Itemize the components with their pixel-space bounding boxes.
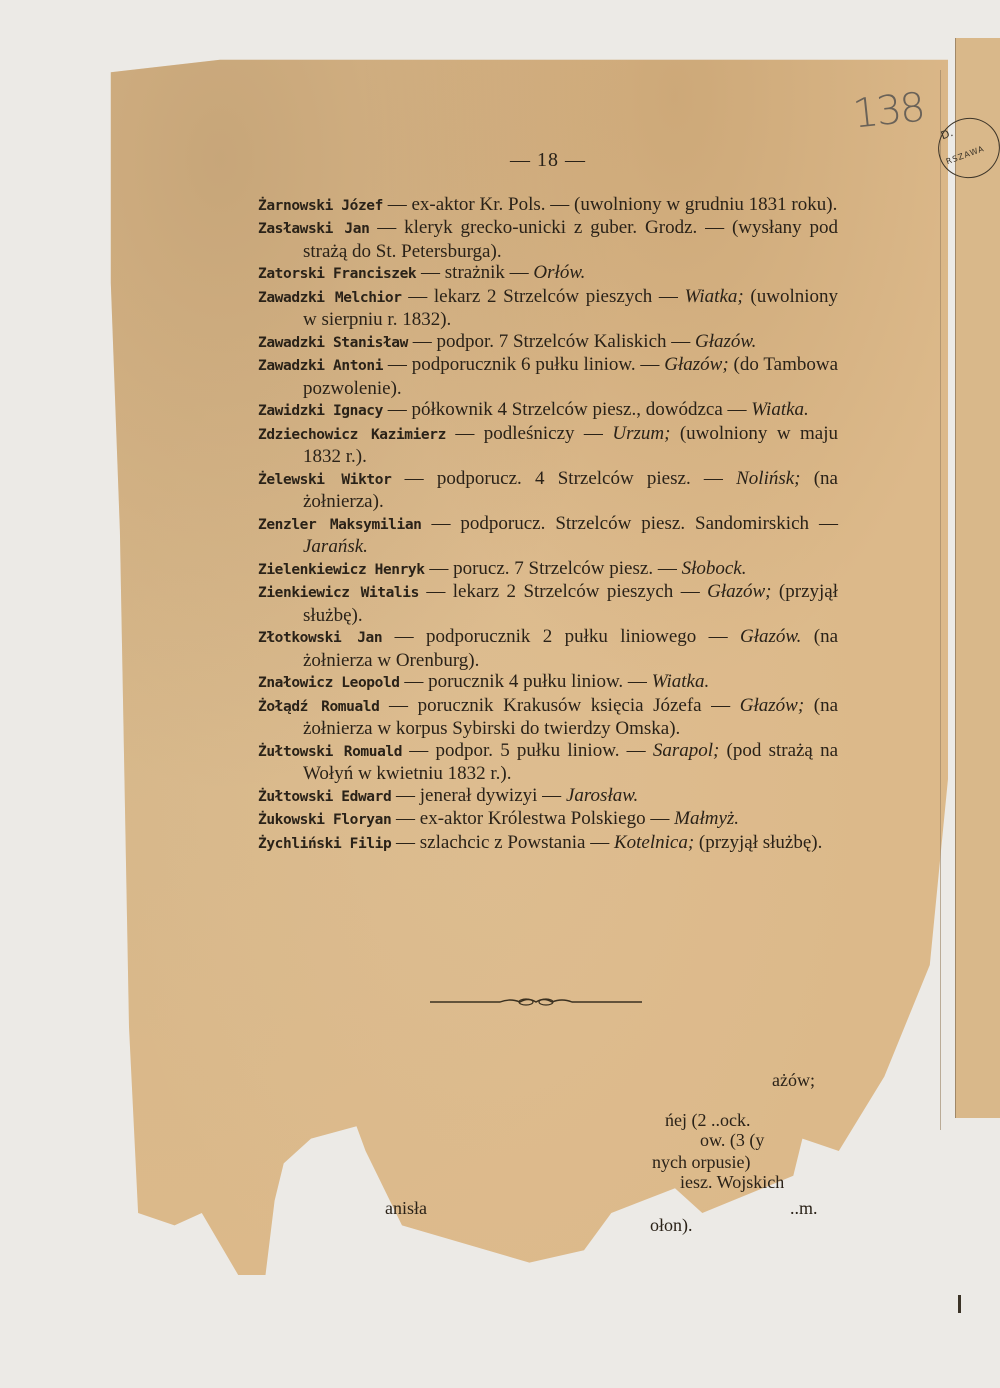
entry-name: Zawadzki Antoni	[258, 358, 383, 374]
entry-description: — porucznik Krakusów księcia Józefa —	[379, 695, 739, 716]
text-fragment: nych orpusie)	[652, 1152, 750, 1173]
entry-name: Zawidzki Ignacy	[258, 403, 383, 419]
list-entry: Zatorski Franciszek — strażnik — Orłów.	[258, 262, 838, 286]
entry-name: Żychliński Filip	[258, 836, 391, 852]
entry-place: Małmyż.	[674, 808, 739, 829]
entry-description: — ex-aktor Kr. Pols. — (uwolniony w grud…	[383, 194, 837, 215]
list-entry: Żychliński Filip — szlachcic z Powstania…	[258, 832, 838, 856]
stamp-top-text: D.	[939, 126, 955, 142]
text-fragment: ażów;	[772, 1070, 815, 1091]
entry-note: (przyjął służbę).	[694, 832, 822, 853]
entry-name: Złotkowski Jan	[258, 630, 382, 646]
text-fragment: ow. (3 (y	[700, 1130, 764, 1151]
entry-description: — lekarz 2 Strzelców pieszych —	[419, 581, 707, 602]
list-entry: Zawadzki Melchior — lekarz 2 Strzelców p…	[258, 286, 838, 331]
list-entry: Żarnowski Józef — ex-aktor Kr. Pols. — (…	[258, 194, 838, 218]
entry-description: — podporucznik 6 pułku liniow. —	[383, 354, 664, 375]
entry-description: — podporucznik 2 pułku liniowego —	[382, 626, 740, 647]
entry-description: — porucz. 7 Strzelców piesz. —	[425, 558, 682, 579]
adjacent-page-edge	[955, 38, 1000, 1118]
entry-name: Żułtowski Edward	[258, 789, 391, 805]
text-fragment: ..m.	[790, 1198, 818, 1219]
entry-place: Kotelnica;	[614, 832, 694, 853]
entry-description: — strażnik —	[416, 262, 533, 283]
list-entry: Żukowski Floryan — ex-aktor Królestwa Po…	[258, 808, 838, 832]
entry-place: Słobock.	[682, 558, 747, 579]
list-entry: Zawadzki Antoni — podporucznik 6 pułku l…	[258, 354, 838, 399]
entry-place: Wiatka.	[652, 671, 710, 692]
entry-place: Głazów;	[707, 581, 771, 602]
text-fragment: ńej (2 ..ock.	[665, 1110, 750, 1131]
list-entry: Zdziechowicz Kazimierz — podleśniczy — U…	[258, 423, 838, 468]
page-number: — 18 —	[258, 150, 838, 172]
main-text-block: — 18 — Żarnowski Józef — ex-aktor Kr. Po…	[258, 150, 838, 855]
entry-description: — ex-aktor Królestwa Polskiego —	[391, 808, 674, 829]
entry-name: Żukowski Floryan	[258, 812, 391, 828]
entry-name: Żułtowski Romuald	[258, 744, 402, 760]
list-entry: Złotkowski Jan — podporucznik 2 pułku li…	[258, 626, 838, 671]
entry-description: — podporucz. Strzelców piesz. Sandomirsk…	[421, 513, 838, 534]
entry-description: — podpor. 5 pułku liniow. —	[402, 740, 653, 761]
entry-name: Zdziechowicz Kazimierz	[258, 427, 446, 443]
entry-description: — podpor. 7 Strzelców Kaliskich —	[408, 331, 695, 352]
entry-place: Jarańsk.	[303, 536, 368, 557]
entry-place: Głazów;	[740, 695, 804, 716]
entry-name: Zatorski Franciszek	[258, 266, 416, 282]
entry-place: Orłów.	[533, 262, 585, 283]
text-fragment: anisła	[385, 1198, 427, 1219]
entry-description: — lekarz 2 Strzelców pieszych —	[402, 286, 685, 307]
entry-name: Zielenkiewicz Henryk	[258, 562, 425, 578]
list-entry: Zawadzki Stanisław — podpor. 7 Strzelców…	[258, 331, 838, 355]
list-entry: Zienkiewicz Witalis — lekarz 2 Strzelców…	[258, 581, 838, 626]
entry-name: Zienkiewicz Witalis	[258, 585, 419, 601]
entry-place: Wiatka;	[685, 286, 744, 307]
entry-description: — podleśniczy —	[446, 423, 612, 444]
list-entry: Zawidzki Ignacy — półkownik 4 Strzelców …	[258, 399, 838, 423]
entry-place: Sarapol;	[653, 740, 720, 761]
entry-description: — półkownik 4 Strzelców piesz., dowódzca…	[383, 399, 751, 420]
entry-list: Żarnowski Józef — ex-aktor Kr. Pols. — (…	[258, 194, 838, 856]
stamp-bottom-text: RSZAWA	[945, 144, 986, 166]
entry-description: — szlachcic z Powstania —	[391, 832, 614, 853]
entry-place: Głazów.	[740, 626, 801, 647]
entry-name: Zawadzki Stanisław	[258, 335, 408, 351]
list-entry: Zasławski Jan — kleryk grecko-unicki z g…	[258, 217, 838, 262]
entry-description: — podporucz. 4 Strzelców piesz. —	[391, 468, 736, 489]
list-entry: Zielenkiewicz Henryk — porucz. 7 Strzelc…	[258, 558, 838, 582]
entry-name: Znałowicz Leopold	[258, 675, 400, 691]
entry-place: Jarosław.	[566, 785, 638, 806]
margin-mark	[958, 1295, 961, 1313]
list-entry: Żołądź Romuald — porucznik Krakusów księ…	[258, 695, 838, 740]
entry-place: Urzum;	[612, 423, 670, 444]
list-entry: Żelewski Wiktor — podporucz. 4 Strzelców…	[258, 468, 838, 513]
entry-description: — porucznik 4 pułku liniow. —	[400, 671, 652, 692]
entry-name: Zasławski Jan	[258, 221, 369, 237]
entry-name: Żelewski Wiktor	[258, 472, 391, 488]
text-fragment: iesz. Wojskich	[680, 1172, 784, 1193]
entry-place: Głazów;	[664, 354, 728, 375]
list-entry: Żułtowski Romuald — podpor. 5 pułku lini…	[258, 740, 838, 785]
ornament-divider-icon	[430, 995, 642, 1009]
list-entry: Znałowicz Leopold — porucznik 4 pułku li…	[258, 671, 838, 695]
handwritten-folio-number: 138	[851, 84, 926, 137]
list-entry: Zenzler Maksymilian — podporucz. Strzelc…	[258, 513, 838, 558]
entry-name: Zawadzki Melchior	[258, 290, 402, 306]
entry-name: Żarnowski Józef	[258, 198, 383, 214]
entry-description: — jenerał dywizyi —	[391, 785, 566, 806]
entry-name: Zenzler Maksymilian	[258, 517, 421, 533]
entry-place: Wiatka.	[751, 399, 809, 420]
entry-place: Głazów.	[695, 331, 756, 352]
list-entry: Żułtowski Edward — jenerał dywizyi — Jar…	[258, 785, 838, 809]
text-fragment: ołon).	[650, 1215, 693, 1236]
entry-description: — kleryk grecko-unicki z guber. Grodz. —…	[303, 217, 838, 262]
page-fold-line	[940, 70, 941, 1130]
entry-name: Żołądź Romuald	[258, 699, 379, 715]
entry-place: Nolińsk;	[736, 468, 800, 489]
